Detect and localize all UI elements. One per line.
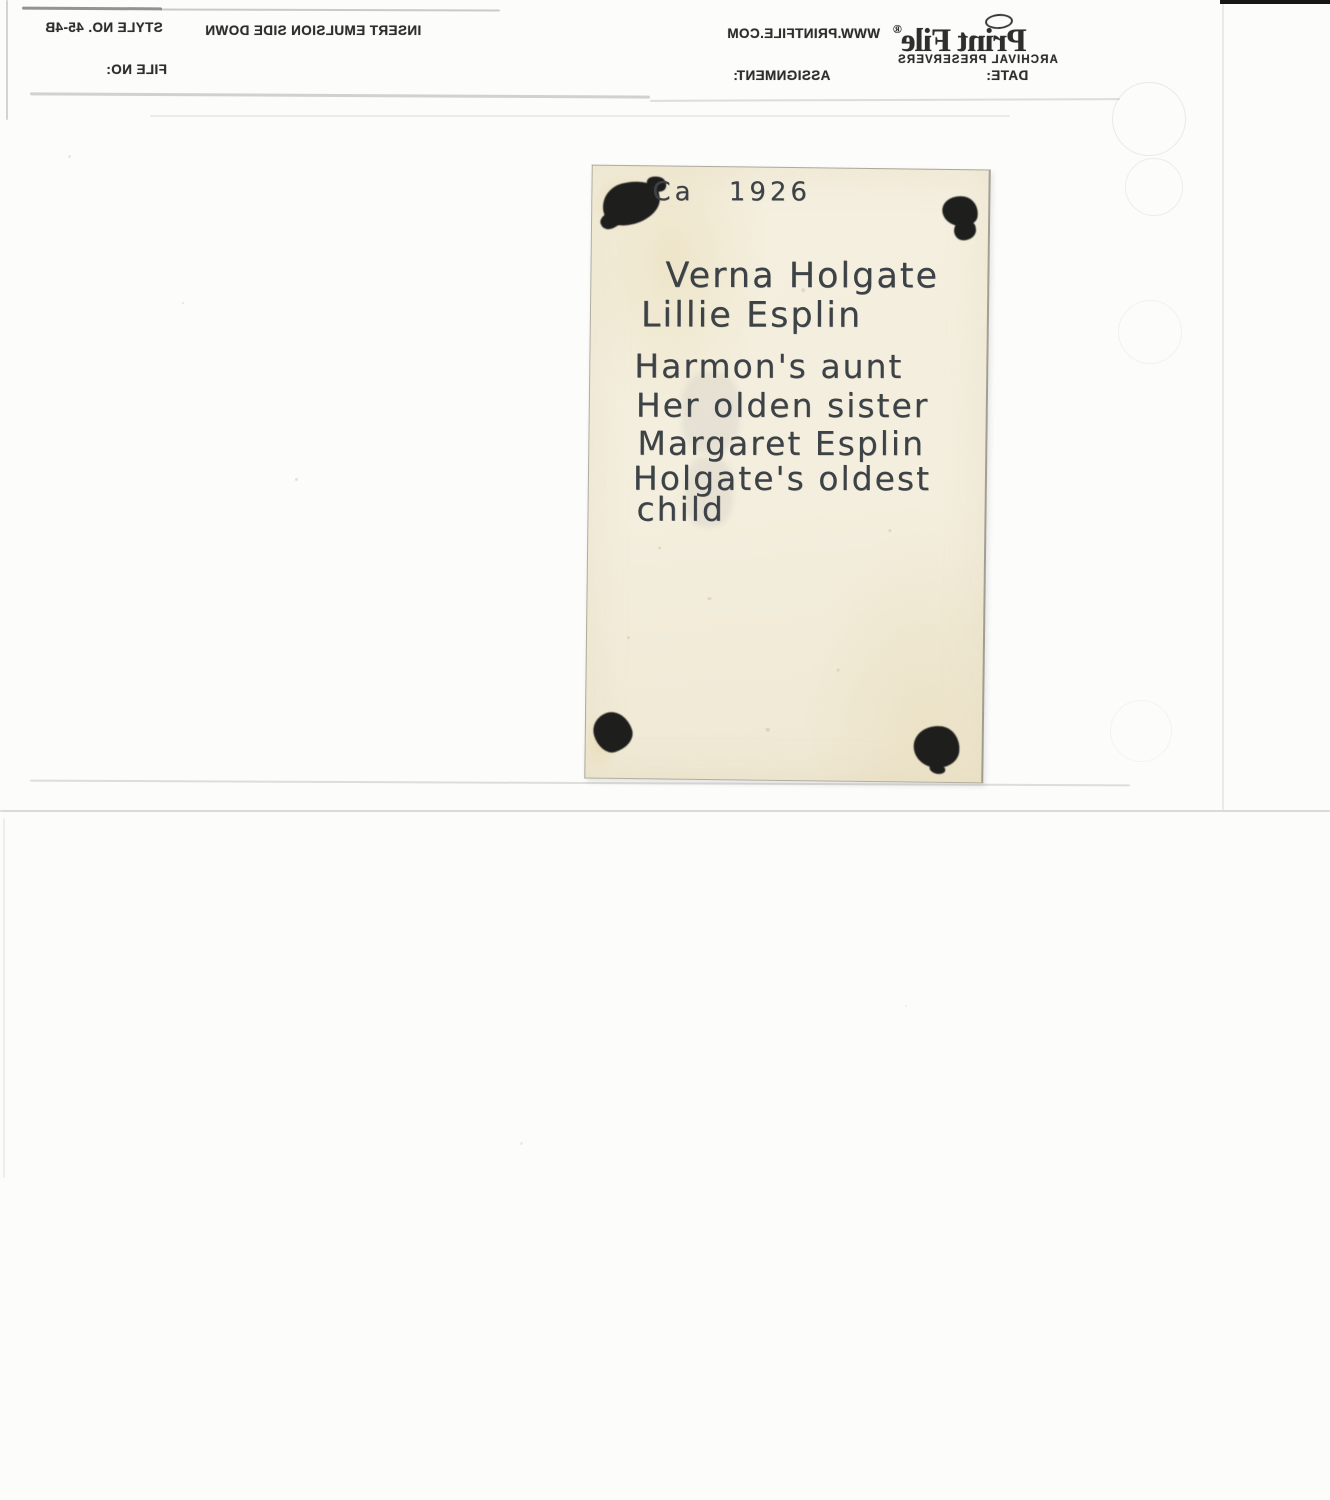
card-speck <box>766 728 770 732</box>
scan-artifact-line <box>22 7 162 11</box>
scan-circle-artifact <box>1110 700 1172 762</box>
sleeve-website-label: WWW.PRINTFILE.COM <box>727 26 880 41</box>
handwritten-date-caption: Ca 1926 <box>652 177 811 207</box>
card-speck <box>888 529 891 532</box>
handwritten-line-2: Lillie Esplin <box>641 295 862 335</box>
scan-artifact-line <box>160 9 500 12</box>
scan-circle-artifact <box>1118 300 1182 364</box>
printfile-logo: Print File® ARCHIVAL PRESERVERS <box>893 12 1053 70</box>
scan-edge-black-strip <box>1220 0 1330 4</box>
sleeve-fold-line <box>30 92 650 98</box>
handwritten-line-3: Harmon's aunt <box>634 347 903 386</box>
sleeve-right-edge-line <box>1222 4 1224 810</box>
scan-speck <box>182 302 184 304</box>
handwritten-line-5: Margaret Esplin <box>637 424 925 464</box>
sleeve-date-label: DATE: <box>986 68 1028 83</box>
sleeve-bottom-edge-line <box>0 810 1330 812</box>
handwritten-line-7: child <box>637 490 725 529</box>
card-speck <box>837 669 840 672</box>
sleeve-fold-line <box>650 98 1120 102</box>
scan-speck <box>520 1142 523 1145</box>
card-speck <box>627 636 630 639</box>
scan-circle-artifact <box>1125 158 1183 216</box>
sleeve-file-number-label: FILE NO: <box>106 62 167 77</box>
page-left-edge-streak-lower <box>3 818 5 1178</box>
card-speck <box>658 546 661 549</box>
sleeve-insert-instruction-label: INSERT EMULSION SIDE DOWN <box>205 23 421 38</box>
brand-tagline: ARCHIVAL PRESERVERS <box>897 54 1058 66</box>
page-left-edge-streak <box>6 0 8 120</box>
registered-trademark-icon: ® <box>893 22 902 36</box>
scanned-photo-back-page: { "sleeve": { "style_no_label": "STYLE N… <box>0 0 1330 1500</box>
scan-speck <box>68 155 71 158</box>
scan-speck <box>905 1005 907 1007</box>
photo-back-note-card: Ca 1926 Verna Holgate Lillie Esplin Harm… <box>584 165 990 784</box>
handwritten-line-1: Verna Holgate <box>665 256 939 296</box>
sleeve-style-number-label: STYLE NO. 45-4B <box>45 20 163 35</box>
sleeve-fold-line-faint <box>150 115 1010 117</box>
handwritten-line-4: Her olden sister <box>636 386 930 426</box>
scan-speck <box>295 478 298 481</box>
sleeve-assignment-label: ASSIGNMENT: <box>733 68 830 83</box>
scan-circle-artifact <box>1112 82 1186 156</box>
card-speck <box>707 597 711 600</box>
